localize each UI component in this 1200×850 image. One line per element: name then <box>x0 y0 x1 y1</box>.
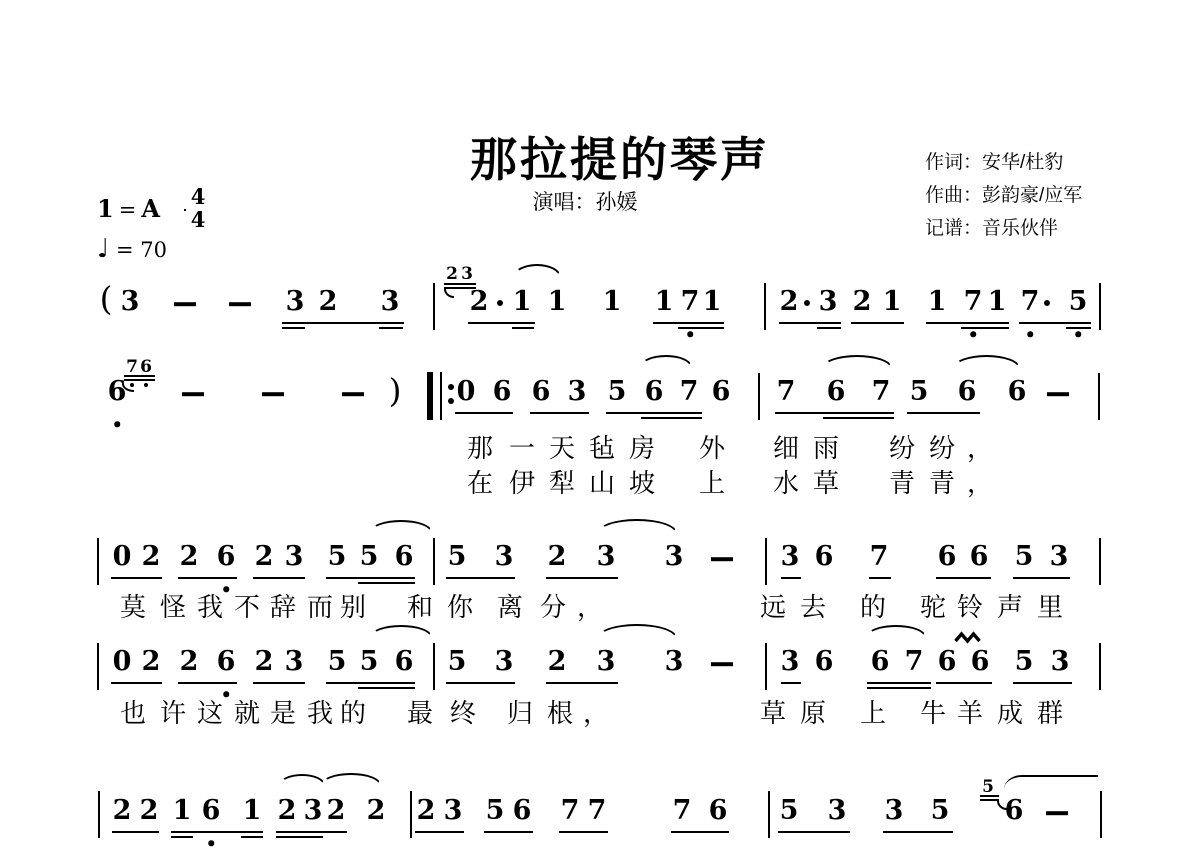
beam-line <box>1013 682 1072 684</box>
lyric-char: 归 <box>507 699 533 729</box>
note-digit: 7 <box>673 797 692 824</box>
note-digit: 5 <box>608 378 627 405</box>
note-digit: 3 <box>819 288 838 315</box>
octave-dot <box>1027 331 1033 337</box>
note-digit: 2 <box>113 797 132 824</box>
bar-line <box>1099 538 1101 585</box>
beam-line <box>883 831 953 833</box>
beam-line <box>468 322 535 324</box>
dash-note <box>711 662 733 666</box>
lyric-char: 一 <box>509 434 535 464</box>
note-digit: 6 <box>217 543 236 570</box>
lyric-char: 辞 <box>270 593 296 623</box>
lyric-char: 远 <box>760 593 786 623</box>
note-digit: 0 <box>113 648 132 675</box>
grace-note-digit: 3 <box>461 266 473 283</box>
lyric-char: 许 <box>160 699 186 729</box>
time-signature-bottom: 4 <box>184 208 212 231</box>
note-digit: 3 <box>121 288 140 315</box>
lyric-char: 终 <box>450 699 476 729</box>
beam-line <box>606 412 702 414</box>
note-digit: 3 <box>1050 543 1069 570</box>
beam-line <box>171 831 263 833</box>
slur-arc <box>279 774 325 785</box>
transcriber-credit: 记谱：音乐伙伴 <box>925 212 1082 245</box>
key-tonic: A <box>141 194 160 223</box>
note-digit: 2 <box>780 288 799 315</box>
beam-line <box>869 577 891 579</box>
lyric-char: 去 <box>800 593 826 623</box>
note-digit: 6 <box>532 378 551 405</box>
mordent-icon <box>954 631 981 644</box>
beam-line <box>781 682 801 684</box>
credits-block: 作词：安华/杜豹 作曲：彭韵豪/应军 记谱：音乐伙伴 <box>925 146 1082 245</box>
dash-note <box>1046 811 1068 815</box>
note-digit: 2 <box>319 288 338 315</box>
lyric-char: 坡 <box>629 469 655 499</box>
dash-note <box>342 392 364 396</box>
quarter-note-icon: ♩ <box>97 234 109 264</box>
beam-line <box>775 412 894 414</box>
dash-note <box>174 302 196 306</box>
beam-line <box>559 831 608 833</box>
note-digit: 7 <box>680 378 699 405</box>
note-digit: 2 <box>142 648 161 675</box>
note-digit: 3 <box>568 378 587 405</box>
beam-line <box>484 831 533 833</box>
note-digit: 1 <box>513 288 532 315</box>
note-digit: 2 <box>255 648 274 675</box>
beam-line <box>282 327 305 329</box>
grace-hook <box>444 289 454 298</box>
lyric-char: ， <box>583 699 609 729</box>
lyric-char: 根 <box>547 699 573 729</box>
lyric-char: 就 <box>234 699 260 729</box>
note-digit: 3 <box>828 797 847 824</box>
note-digit: 6 <box>712 378 731 405</box>
lyric-char: 群 <box>1037 699 1063 729</box>
note-digit: 5 <box>448 648 467 675</box>
lyric-char: 你 <box>447 593 473 623</box>
lyricist-credit: 作词：安华/杜豹 <box>925 146 1082 179</box>
note-digit: 2 <box>327 797 346 824</box>
beam-line <box>867 682 931 684</box>
note-digit: 6 <box>971 648 990 675</box>
note-digit: 3 <box>285 648 304 675</box>
note-digit: 5 <box>360 648 379 675</box>
note-digit: 2 <box>142 543 161 570</box>
beam-line <box>936 577 991 579</box>
beam-line <box>546 682 618 684</box>
lyric-char: 纷 <box>929 434 955 464</box>
bar-line <box>410 791 412 838</box>
beam-line <box>241 836 263 838</box>
note-digit: 5 <box>931 797 950 824</box>
lyric-char: 而 <box>307 593 333 623</box>
lyric-char: 驼 <box>920 593 946 623</box>
beam-line <box>112 831 159 833</box>
time-signature: 4 4 <box>184 185 212 231</box>
note-digit: 7 <box>964 288 983 315</box>
note-digit: 2 <box>278 797 297 824</box>
beam-line <box>124 379 155 381</box>
composer-credit: 作曲：彭韵豪/应军 <box>925 179 1082 212</box>
lyric-char: 在 <box>467 469 493 499</box>
repeat-begin-thick-bar <box>427 372 433 420</box>
beam-line <box>817 327 841 329</box>
beam-line <box>178 682 237 684</box>
note-digit: 3 <box>381 288 400 315</box>
note-digit: 6 <box>108 378 127 405</box>
octave-dot <box>144 383 148 387</box>
note-digit: 2 <box>180 543 199 570</box>
octave-dot <box>114 421 120 427</box>
beam-line <box>379 327 403 329</box>
bar-line <box>97 643 99 690</box>
note-digit: 2 <box>548 648 567 675</box>
bar-line <box>1100 791 1102 838</box>
note-digit: 6 <box>709 797 728 824</box>
beam-line <box>455 412 513 414</box>
note-digit: 2 <box>140 797 159 824</box>
lyric-char: 伊 <box>509 469 535 499</box>
slur-arc <box>597 624 677 638</box>
key-equals: = <box>114 198 142 222</box>
note-digit: 2 <box>367 797 386 824</box>
repeat-dot <box>448 398 454 404</box>
beam-line <box>253 577 305 579</box>
lyric-char: 羊 <box>957 699 983 729</box>
lyric-char: 是 <box>270 699 296 729</box>
beam-line <box>936 682 992 684</box>
note-digit: 7 <box>561 797 580 824</box>
slur-arc <box>370 520 432 532</box>
note-digit: 3 <box>885 797 904 824</box>
note-digit: 7 <box>1021 288 1040 315</box>
note-digit: 0 <box>457 378 476 405</box>
note-digit: 3 <box>286 288 305 315</box>
note-digit: 5 <box>910 378 929 405</box>
lyric-char: 犁 <box>549 469 575 499</box>
beam-line <box>358 582 415 584</box>
beam-line <box>671 831 729 833</box>
beam-line <box>823 417 894 419</box>
note-digit: 1 <box>655 288 674 315</box>
beam-line <box>980 795 999 797</box>
singer-label: 演唱：孙媛 <box>533 186 638 216</box>
note-digit: 3 <box>495 543 514 570</box>
beam-line <box>446 577 515 579</box>
beam-line <box>111 682 162 684</box>
beam-line <box>276 836 323 838</box>
lyric-char: ， <box>577 593 603 623</box>
tie-arc <box>1004 775 1098 790</box>
lyric-char: 牛 <box>920 699 946 729</box>
note-digit: 1 <box>548 288 567 315</box>
bar-line <box>433 643 435 690</box>
note-digit: 0 <box>113 543 132 570</box>
lyric-char: ， <box>967 469 993 499</box>
beam-line <box>444 283 476 285</box>
beam-line <box>282 322 404 324</box>
note-digit: 7 <box>870 543 889 570</box>
lyric-char: 别 <box>340 593 366 623</box>
note-digit: 5 <box>1015 543 1034 570</box>
sheet-music-page: 那拉提的琴声 演唱：孙媛 作词：安华/杜豹 作曲：彭韵豪/应军 记谱：音乐伙伴 … <box>0 0 1200 850</box>
lyric-char: 声 <box>997 593 1023 623</box>
dash-note <box>711 557 733 561</box>
note-digit: 6 <box>1005 797 1024 824</box>
dash-note <box>182 392 204 396</box>
beam-line <box>546 577 618 579</box>
lyric-char: 那 <box>467 434 493 464</box>
lyric-char: 里 <box>1037 593 1063 623</box>
note-digit: 1 <box>243 797 262 824</box>
note-digit: 2 <box>255 543 274 570</box>
note-digit: 1 <box>703 288 722 315</box>
lyric-char: 这 <box>197 699 223 729</box>
note-digit: 1 <box>928 288 947 315</box>
augmentation-dot <box>497 300 503 306</box>
lyric-char: 的 <box>860 593 886 623</box>
repeat-dot <box>448 384 454 390</box>
beam-line <box>111 577 162 579</box>
lyric-char: 和 <box>407 593 433 623</box>
bar-line <box>1099 283 1101 330</box>
bar-line <box>758 373 760 420</box>
note-digit: 6 <box>871 648 890 675</box>
note-digit: 3 <box>495 648 514 675</box>
octave-dot <box>223 691 229 697</box>
note-digit: 7 <box>905 648 924 675</box>
slur-arc <box>321 773 381 785</box>
bar-line <box>765 643 767 690</box>
beam-line <box>512 327 534 329</box>
note-digit: 5 <box>1069 288 1088 315</box>
slur-arc <box>866 625 926 637</box>
octave-dot <box>1075 331 1081 337</box>
note-digit: 5 <box>1015 648 1034 675</box>
bar-line <box>433 538 435 585</box>
beam-line <box>678 327 724 329</box>
dash-note <box>262 392 284 396</box>
grace-hook <box>997 801 1007 810</box>
beam-line <box>778 831 850 833</box>
note-digit: 1 <box>988 288 1007 315</box>
lyric-char: 草 <box>760 699 786 729</box>
lyric-char: 山 <box>589 469 615 499</box>
beam-line <box>171 836 193 838</box>
lyric-char: 不 <box>234 593 260 623</box>
note-digit: 3 <box>665 543 684 570</box>
note-digit: 2 <box>470 288 489 315</box>
note-digit: 6 <box>815 543 834 570</box>
bar-line <box>765 538 767 585</box>
note-digit: 3 <box>597 543 616 570</box>
note-digit: 5 <box>486 797 505 824</box>
lyric-char: 我 <box>197 593 223 623</box>
beam-line <box>961 327 1009 329</box>
note-digit: 2 <box>417 797 436 824</box>
note-digit: 6 <box>202 797 221 824</box>
note-digit: 7 <box>777 378 796 405</box>
dash-note <box>1047 392 1069 396</box>
grace-note-digit: 7 <box>126 359 138 376</box>
note-digit: 6 <box>493 378 512 405</box>
octave-dot <box>687 331 693 337</box>
key-signature: 1=A <box>97 194 160 223</box>
beam-line <box>641 417 702 419</box>
note-digit: 6 <box>645 378 664 405</box>
slur-arc <box>640 355 692 367</box>
tempo-value: = 70 <box>116 238 167 262</box>
lyric-char: 铃 <box>957 593 983 623</box>
note-digit: 6 <box>958 378 977 405</box>
key-number: 1 <box>97 194 114 223</box>
time-signature-divider <box>184 209 186 211</box>
note-digit: 5 <box>780 797 799 824</box>
note-digit: 2 <box>548 543 567 570</box>
note-digit: 6 <box>815 648 834 675</box>
grace-note-digit: 2 <box>446 266 458 283</box>
note-digit: 3 <box>444 797 463 824</box>
note-digit: 6 <box>217 648 236 675</box>
parenthesis-mark: ) <box>389 374 402 407</box>
beam-line <box>124 375 155 377</box>
beam-line <box>276 831 347 833</box>
lyric-char: 离 <box>497 593 523 623</box>
note-digit: 6 <box>938 543 957 570</box>
octave-dot <box>223 586 229 592</box>
note-digit: 5 <box>360 543 379 570</box>
lyric-char: 莫 <box>120 593 146 623</box>
lyric-char: ， <box>967 434 993 464</box>
bar-line <box>768 791 770 838</box>
lyric-char: 也 <box>120 699 146 729</box>
slur-arc <box>513 264 561 277</box>
lyric-char: 天 <box>549 434 575 464</box>
lyric-char: 我 <box>307 699 333 729</box>
bar-line <box>1099 643 1101 690</box>
lyric-char: 草 <box>813 469 839 499</box>
grace-note-digit: 6 <box>140 359 152 376</box>
beam-line <box>1066 327 1091 329</box>
lyric-char: 上 <box>860 699 886 729</box>
augmentation-dot <box>1044 300 1050 306</box>
bar-line <box>1098 373 1100 420</box>
note-digit: 3 <box>781 543 800 570</box>
slur-arc <box>953 355 1020 368</box>
note-digit: 2 <box>853 288 872 315</box>
note-digit: 7 <box>588 797 607 824</box>
note-digit: 3 <box>304 797 323 824</box>
beam-line <box>358 687 415 689</box>
octave-dot <box>208 840 214 846</box>
note-digit: 6 <box>938 648 957 675</box>
parenthesis-mark: ( <box>100 282 113 315</box>
lyric-char: 成 <box>997 699 1023 729</box>
lyric-char: 房 <box>629 434 655 464</box>
bar-line <box>98 791 100 838</box>
beam-line <box>178 577 237 579</box>
beam-line <box>415 831 464 833</box>
note-digit: 3 <box>1051 648 1070 675</box>
note-digit: 6 <box>970 543 989 570</box>
note-digit: 5 <box>448 543 467 570</box>
note-digit: 7 <box>872 378 891 405</box>
slur-arc <box>597 519 677 533</box>
beam-line <box>653 322 724 324</box>
beam-line <box>779 322 841 324</box>
note-digit: 6 <box>513 797 532 824</box>
augmentation-dot <box>804 300 810 306</box>
lyric-char: 青 <box>889 469 915 499</box>
note-digit: 2 <box>180 648 199 675</box>
beam-line <box>446 682 515 684</box>
note-digit: 1 <box>603 288 622 315</box>
beam-line <box>1013 577 1070 579</box>
note-digit: 1 <box>173 797 192 824</box>
bar-line <box>97 538 99 585</box>
note-digit: 3 <box>781 648 800 675</box>
note-digit: 6 <box>827 378 846 405</box>
note-digit: 6 <box>395 648 414 675</box>
lyric-char: 青 <box>929 469 955 499</box>
tempo-marking: ♩ = 70 <box>97 234 167 264</box>
lyric-char: 雨 <box>813 434 839 464</box>
beam-line <box>326 682 415 684</box>
beam-line <box>867 687 931 689</box>
note-digit: 3 <box>665 648 684 675</box>
note-digit: 6 <box>1008 378 1027 405</box>
beam-line <box>851 322 904 324</box>
beam-line <box>530 412 589 414</box>
beam-line <box>907 412 980 414</box>
lyric-char: 外 <box>699 434 725 464</box>
slur-arc <box>822 355 892 368</box>
lyric-char: 毡 <box>589 434 615 464</box>
note-digit: 1 <box>883 288 902 315</box>
note-digit: 3 <box>597 648 616 675</box>
note-digit: 5 <box>328 648 347 675</box>
lyric-char: 的 <box>340 699 366 729</box>
note-digit: 3 <box>285 543 304 570</box>
beam-line <box>253 682 305 684</box>
slur-arc <box>370 625 432 637</box>
lyric-char: 水 <box>773 469 799 499</box>
lyric-char: 原 <box>800 699 826 729</box>
beam-line <box>326 577 415 579</box>
page-title: 那拉提的琴声 <box>470 123 770 190</box>
lyric-char: 怪 <box>160 593 186 623</box>
note-digit: 6 <box>395 543 414 570</box>
bar-line <box>764 283 766 330</box>
grace-note-digit: 5 <box>982 779 994 796</box>
note-digit: 7 <box>681 288 700 315</box>
lyric-char: 细 <box>773 434 799 464</box>
repeat-begin-thin-bar <box>440 372 442 420</box>
beam-line <box>926 322 1009 324</box>
time-signature-top: 4 <box>184 185 212 208</box>
dash-note <box>229 302 251 306</box>
lyric-char: 纷 <box>889 434 915 464</box>
bar-line <box>433 283 435 330</box>
beam-line <box>781 577 801 579</box>
note-digit: 5 <box>328 543 347 570</box>
lyric-char: 分 <box>540 593 566 623</box>
octave-dot <box>970 331 976 337</box>
lyric-char: 上 <box>699 469 725 499</box>
